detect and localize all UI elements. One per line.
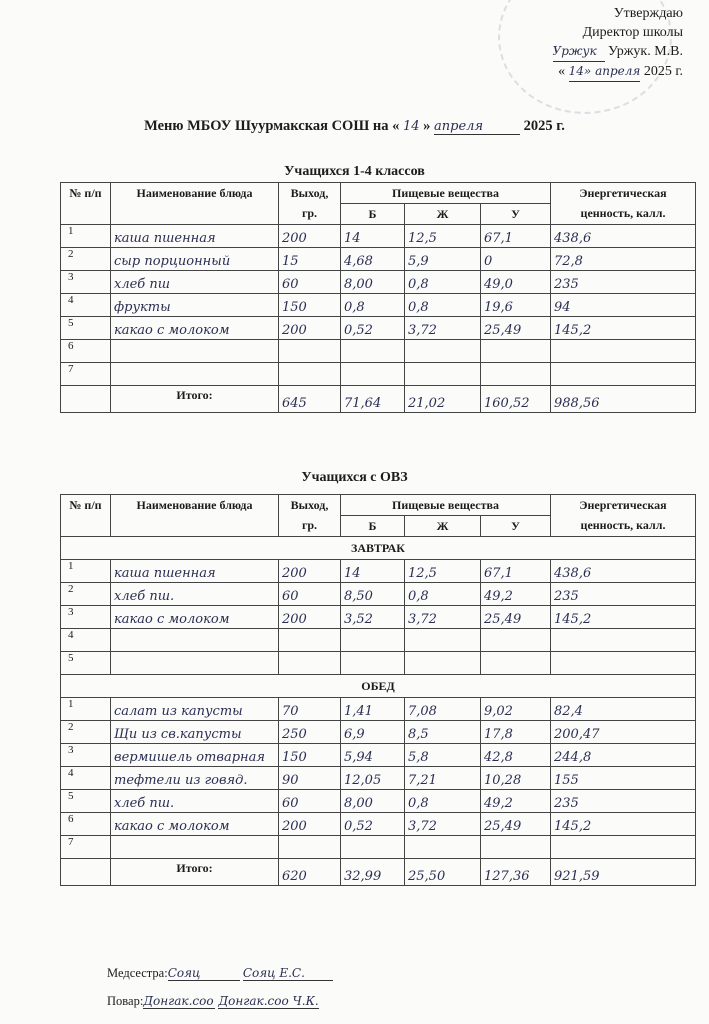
total-label: Итого:	[111, 859, 279, 886]
row-number: 7	[61, 836, 111, 859]
cell-name: каша пшенная	[111, 225, 279, 248]
cell-zh: 8,5	[405, 721, 481, 744]
header-yield: Выход, гр.	[279, 495, 341, 537]
cell-zh: 0,8	[405, 583, 481, 606]
row-number: 3	[61, 744, 111, 767]
cell-kcal: 145,2	[551, 606, 696, 629]
date-open-quote: «	[558, 62, 565, 81]
cell-b: 5,94	[341, 744, 405, 767]
cell-yield: 250	[279, 721, 341, 744]
table-row: 4фрукты1500,80,819,694	[61, 294, 696, 317]
table-row: 3вермишель отварная1505,945,842,8244,8	[61, 744, 696, 767]
cell-zh: 0,8	[405, 271, 481, 294]
cell-kcal	[551, 340, 696, 363]
cell-kcal: 244,8	[551, 744, 696, 767]
row-number: 4	[61, 294, 111, 317]
cell-u: 25,49	[481, 813, 551, 836]
cook-name: Донгак.соо Ч.К.	[218, 994, 318, 1009]
row-number: 3	[61, 606, 111, 629]
cell-zh: 12,5	[405, 225, 481, 248]
header-protein: Б	[341, 204, 405, 225]
cell-u: 17,8	[481, 721, 551, 744]
cell-name: вермишель отварная	[111, 744, 279, 767]
total-b: 32,99	[341, 859, 405, 886]
menu-table-ovz: № п/п Наименование блюда Выход, гр. Пище…	[60, 494, 696, 886]
cook-signature: Донгак.соо	[143, 994, 215, 1009]
cell-kcal	[551, 836, 696, 859]
row-number: 2	[61, 721, 111, 744]
cell-zh: 12,5	[405, 560, 481, 583]
cell-name: тефтели из говяд.	[111, 767, 279, 790]
cell-b: 3,52	[341, 606, 405, 629]
cell-yield: 200	[279, 560, 341, 583]
cell-b: 6,9	[341, 721, 405, 744]
cell-b: 14	[341, 225, 405, 248]
cell-zh: 0,8	[405, 790, 481, 813]
table-row: 7	[61, 836, 696, 859]
header-name: Наименование блюда	[111, 183, 279, 225]
cell-b: 8,00	[341, 790, 405, 813]
cell-yield	[279, 836, 341, 859]
cell-name: Щи из св.капусты	[111, 721, 279, 744]
cell-kcal: 155	[551, 767, 696, 790]
header-nutrients: Пищевые вещества	[341, 495, 551, 516]
nurse-signature: Сояц	[168, 966, 240, 981]
cell-b	[341, 836, 405, 859]
row-number: 4	[61, 629, 111, 652]
header-num: № п/п	[61, 183, 111, 225]
cell-u: 10,28	[481, 767, 551, 790]
cell-name: хлеб пш.	[111, 790, 279, 813]
meal-section-row: ЗАВТРАК	[61, 537, 696, 560]
cell-u: 49,2	[481, 790, 551, 813]
header-yield: Выход, гр.	[279, 183, 341, 225]
menu-table-grades-1-4: № п/п Наименование блюда Выход, гр. Пище…	[60, 182, 696, 413]
approval-date: 14» апреля	[569, 62, 641, 82]
meal-section-label: ОБЕД	[61, 675, 696, 698]
cell-b: 0,52	[341, 813, 405, 836]
total-zh: 21,02	[405, 386, 481, 413]
cell-yield: 200	[279, 606, 341, 629]
cell-u: 19,6	[481, 294, 551, 317]
table-row: 6	[61, 340, 696, 363]
cell-u: 9,02	[481, 698, 551, 721]
director-name: Уржук. М.В.	[608, 42, 683, 61]
row-number: 6	[61, 813, 111, 836]
cell-kcal: 94	[551, 294, 696, 317]
cell-name	[111, 652, 279, 675]
total-kcal: 921,59	[551, 859, 696, 886]
total-empty-cell	[61, 386, 111, 413]
approval-block: Утверждаю Директор школы Уржук Уржук. М.…	[553, 4, 683, 82]
cell-name: какао с молоком	[111, 606, 279, 629]
cell-zh: 3,72	[405, 606, 481, 629]
cell-kcal	[551, 363, 696, 386]
cell-b: 0,8	[341, 294, 405, 317]
cell-kcal	[551, 629, 696, 652]
title-month: апреля	[434, 119, 520, 135]
header-name: Наименование блюда	[111, 495, 279, 537]
cell-b: 4,68	[341, 248, 405, 271]
cell-u: 67,1	[481, 225, 551, 248]
cell-u: 25,49	[481, 317, 551, 340]
row-number: 2	[61, 248, 111, 271]
cell-zh	[405, 836, 481, 859]
cell-zh: 3,72	[405, 813, 481, 836]
meal-section-row: ОБЕД	[61, 675, 696, 698]
table-row: 1каша пшенная2001412,567,1438,6	[61, 225, 696, 248]
cell-name: хлеб пш	[111, 271, 279, 294]
cell-u	[481, 836, 551, 859]
cell-kcal: 72,8	[551, 248, 696, 271]
cook-signature-line: Повар:Донгак.соо Донгак.соо Ч.К.	[107, 994, 319, 1009]
cell-zh	[405, 340, 481, 363]
row-number: 4	[61, 767, 111, 790]
cell-name	[111, 629, 279, 652]
header-energy: Энергетическая ценность, калл.	[551, 495, 696, 537]
cell-yield	[279, 340, 341, 363]
cell-b	[341, 629, 405, 652]
cell-kcal: 145,2	[551, 317, 696, 340]
table-row: 3хлеб пш608,000,849,0235	[61, 271, 696, 294]
row-number: 5	[61, 790, 111, 813]
cell-kcal: 235	[551, 583, 696, 606]
table-row: 1каша пшенная2001412,567,1438,6	[61, 560, 696, 583]
cell-zh	[405, 629, 481, 652]
cell-zh: 7,21	[405, 767, 481, 790]
cell-yield: 200	[279, 225, 341, 248]
cell-b	[341, 363, 405, 386]
total-kcal: 988,56	[551, 386, 696, 413]
cell-b: 8,00	[341, 271, 405, 294]
header-fat: Ж	[405, 204, 481, 225]
cell-zh	[405, 363, 481, 386]
cell-name: фрукты	[111, 294, 279, 317]
cell-u	[481, 340, 551, 363]
cell-name	[111, 836, 279, 859]
header-energy: Энергетическая ценность, калл.	[551, 183, 696, 225]
cook-label: Повар:	[107, 994, 143, 1008]
cell-yield: 70	[279, 698, 341, 721]
cell-yield: 200	[279, 813, 341, 836]
cell-u	[481, 363, 551, 386]
row-number: 6	[61, 340, 111, 363]
cell-yield: 200	[279, 317, 341, 340]
cell-b	[341, 652, 405, 675]
title-day: 14	[403, 119, 420, 134]
nurse-signature-line: Медсестра:Сояц Сояц Е.С.	[107, 966, 333, 981]
cell-b: 12,05	[341, 767, 405, 790]
total-b: 71,64	[341, 386, 405, 413]
row-number: 1	[61, 560, 111, 583]
cell-kcal: 82,4	[551, 698, 696, 721]
cell-name: какао с молоком	[111, 317, 279, 340]
row-number: 7	[61, 363, 111, 386]
cell-kcal: 235	[551, 790, 696, 813]
table-row: 2сыр порционный154,685,9072,8	[61, 248, 696, 271]
cell-yield: 90	[279, 767, 341, 790]
cell-yield: 60	[279, 271, 341, 294]
table-row: 7	[61, 363, 696, 386]
cell-zh: 5,9	[405, 248, 481, 271]
table-row: 4тефтели из говяд.9012,057,2110,28155	[61, 767, 696, 790]
table-row: 2Щи из св.капусты2506,98,517,8200,47	[61, 721, 696, 744]
cell-kcal: 235	[551, 271, 696, 294]
cell-yield	[279, 652, 341, 675]
cell-zh: 5,8	[405, 744, 481, 767]
cell-kcal: 200,47	[551, 721, 696, 744]
table-row: 5какао с молоком2000,523,7225,49145,2	[61, 317, 696, 340]
cell-u: 67,1	[481, 560, 551, 583]
cell-name: каша пшенная	[111, 560, 279, 583]
row-number: 3	[61, 271, 111, 294]
approval-signature-line: Уржук Уржук. М.В.	[553, 42, 683, 62]
section1-title: Учащихся 1-4 классов	[0, 164, 709, 180]
nurse-name: Сояц Е.С.	[243, 966, 333, 981]
cell-yield	[279, 363, 341, 386]
total-empty-cell	[61, 859, 111, 886]
cell-u: 0	[481, 248, 551, 271]
approval-date-line: « 14» апреля 2025 г.	[553, 62, 683, 82]
cell-u	[481, 652, 551, 675]
cell-u: 49,2	[481, 583, 551, 606]
header-nutrients: Пищевые вещества	[341, 183, 551, 204]
cell-kcal: 438,6	[551, 560, 696, 583]
table-row: 5	[61, 652, 696, 675]
total-zh: 25,50	[405, 859, 481, 886]
header-carbs: У	[481, 516, 551, 537]
title-quote: »	[423, 118, 430, 134]
header-carbs: У	[481, 204, 551, 225]
row-number: 1	[61, 225, 111, 248]
row-number: 5	[61, 317, 111, 340]
nurse-label: Медсестра:	[107, 966, 168, 980]
total-label: Итого:	[111, 386, 279, 413]
cell-name: хлеб пш.	[111, 583, 279, 606]
cell-yield: 60	[279, 790, 341, 813]
cell-kcal: 438,6	[551, 225, 696, 248]
cell-name	[111, 363, 279, 386]
cell-kcal	[551, 652, 696, 675]
title-prefix: Меню МБОУ Шуурмакская СОШ на «	[144, 118, 399, 134]
row-number: 1	[61, 698, 111, 721]
total-u: 160,52	[481, 386, 551, 413]
cell-u: 25,49	[481, 606, 551, 629]
page-title: Меню МБОУ Шуурмакская СОШ на « 14 » апре…	[0, 118, 709, 135]
cell-b: 1,41	[341, 698, 405, 721]
cell-name: салат из капусты	[111, 698, 279, 721]
table-row: 1салат из капусты701,417,089,0282,4	[61, 698, 696, 721]
cell-name: какао с молоком	[111, 813, 279, 836]
table-row: 2хлеб пш.608,500,849,2235	[61, 583, 696, 606]
cell-zh: 3,72	[405, 317, 481, 340]
header-num: № п/п	[61, 495, 111, 537]
cell-yield	[279, 629, 341, 652]
table-row: 4	[61, 629, 696, 652]
meal-section-label: ЗАВТРАК	[61, 537, 696, 560]
cell-u	[481, 629, 551, 652]
total-row: Итого:64571,6421,02160,52988,56	[61, 386, 696, 413]
cell-u: 42,8	[481, 744, 551, 767]
cell-zh	[405, 652, 481, 675]
cell-name	[111, 340, 279, 363]
cell-b: 8,50	[341, 583, 405, 606]
total-u: 127,36	[481, 859, 551, 886]
cell-zh: 0,8	[405, 294, 481, 317]
cell-b: 0,52	[341, 317, 405, 340]
header-protein: Б	[341, 516, 405, 537]
table-row: 3какао с молоком2003,523,7225,49145,2	[61, 606, 696, 629]
total-row: Итого:62032,9925,50127,36921,59	[61, 859, 696, 886]
header-fat: Ж	[405, 516, 481, 537]
approval-position: Директор школы	[553, 23, 683, 42]
cell-yield: 60	[279, 583, 341, 606]
row-number: 5	[61, 652, 111, 675]
section2-title: Учащихся с ОВЗ	[0, 470, 709, 486]
row-number: 2	[61, 583, 111, 606]
total-yield: 620	[279, 859, 341, 886]
cell-name: сыр порционный	[111, 248, 279, 271]
cell-zh: 7,08	[405, 698, 481, 721]
director-signature: Уржук	[553, 42, 605, 62]
table-row: 6какао с молоком2000,523,7225,49145,2	[61, 813, 696, 836]
table-row: 5хлеб пш.608,000,849,2235	[61, 790, 696, 813]
cell-yield: 150	[279, 294, 341, 317]
cell-kcal: 145,2	[551, 813, 696, 836]
total-yield: 645	[279, 386, 341, 413]
approval-year: 2025 г.	[644, 62, 683, 81]
cell-b: 14	[341, 560, 405, 583]
cell-b	[341, 340, 405, 363]
approval-heading: Утверждаю	[553, 4, 683, 23]
cell-yield: 15	[279, 248, 341, 271]
cell-u: 49,0	[481, 271, 551, 294]
cell-yield: 150	[279, 744, 341, 767]
title-year: 2025 г.	[524, 118, 565, 134]
